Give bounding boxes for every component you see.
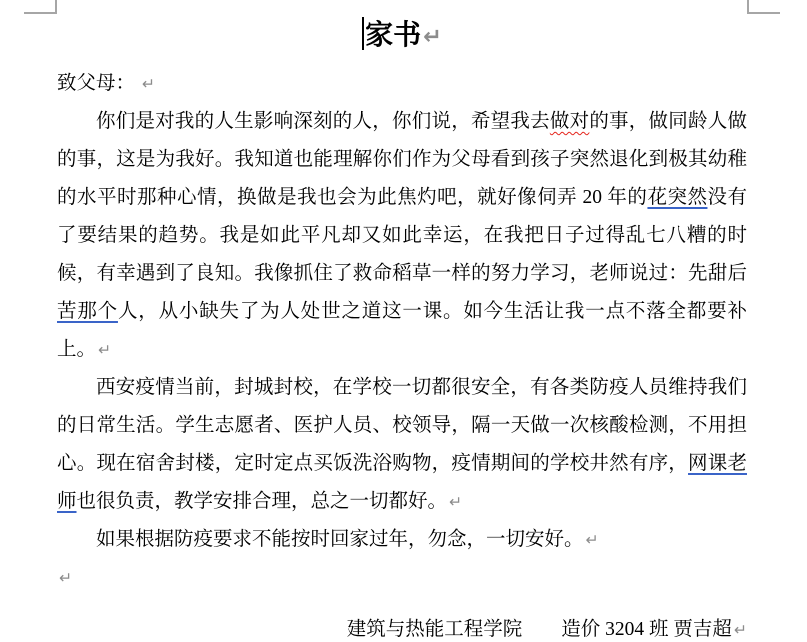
paragraph-mark-icon: ↵ (96, 341, 111, 359)
body-paragraph-1[interactable]: 你们是对我的人生影响深刻的人，你们说，希望我去做对的事，做同龄人做的事，这是为我… (57, 103, 747, 369)
document-text-area[interactable]: 家书↵致父母： ↵你们是对我的人生影响深刻的人，你们说，希望我去做对的事，做同龄… (57, 14, 747, 642)
paragraph-mark-icon: ↵ (447, 493, 462, 511)
grammar-error-text: 苦那个 (57, 301, 118, 322)
paragraph-mark-icon: ↵ (732, 621, 747, 639)
paragraph-mark-icon: ↵ (57, 569, 72, 587)
page-margin-mark-top-left (24, 0, 57, 14)
signature-line[interactable]: 建筑与热能工程学院 造价 3204 班 贾吉超↵ (57, 611, 747, 642)
text-run: 家书 (365, 20, 421, 51)
body-paragraph-3[interactable]: 如果根据防疫要求不能按时回家过年，勿念，一切安好。↵ (57, 521, 747, 559)
grammar-error-text: 花突然 (647, 187, 707, 208)
text-run: 西安疫情当前，封城封校，在学校一切都很安全，有各类防疫人员维持我们的日常生活。学… (57, 377, 747, 474)
paragraph-mark-icon: ↵ (584, 531, 599, 549)
document-page[interactable]: 家书↵致父母： ↵你们是对我的人生影响深刻的人，你们说，希望我去做对的事，做同龄… (0, 0, 807, 642)
greeting-line[interactable]: 致父母： ↵ (57, 65, 747, 103)
text-run: 你们是对我的人生影响深刻的人，你们说，希望我去 (96, 111, 550, 132)
text-run: 致父母： (57, 73, 140, 94)
text-run: 人，从小缺失了为人处世之道这一课。如今生活让我一点不落全都要补上。 (57, 301, 747, 360)
paragraph-mark-icon: ↵ (140, 75, 155, 93)
paragraph-mark-icon: ↵ (421, 24, 442, 50)
text-run: 建筑与热能工程学院 造价 3204 班 贾吉超 (347, 619, 732, 640)
text-caret (362, 17, 364, 49)
page-margin-mark-top-right (747, 0, 780, 14)
spellcheck-error-text: 做对 (550, 111, 589, 132)
body-paragraph-2[interactable]: 西安疫情当前，封城封校，在学校一切都很安全，有各类防疫人员维持我们的日常生活。学… (57, 369, 747, 521)
document-title[interactable]: 家书↵ (57, 14, 747, 59)
text-run: 也很负责，教学安排合理，总之一切都好。 (77, 491, 448, 512)
text-run: 如果根据防疫要求不能按时回家过年，勿念，一切安好。 (96, 529, 584, 550)
empty-paragraph[interactable]: ↵ (57, 559, 747, 597)
